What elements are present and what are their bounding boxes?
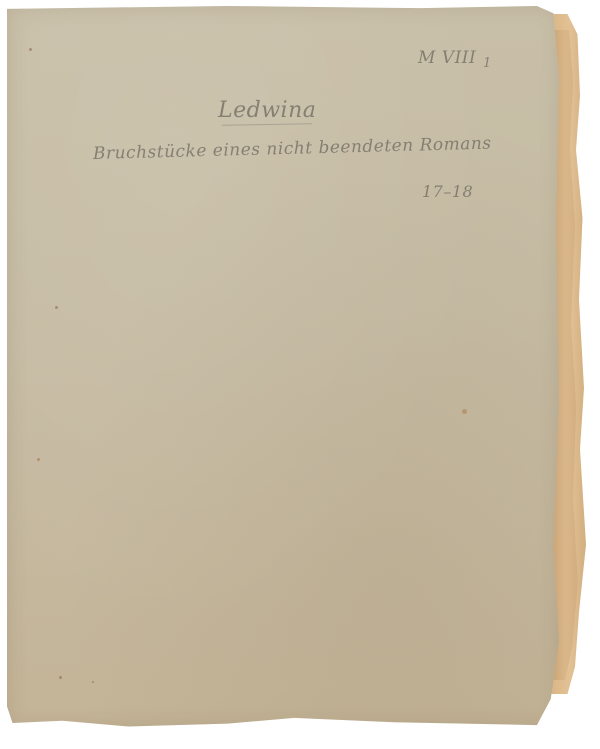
paper-speck xyxy=(37,458,40,461)
shelfmark-number: 1 xyxy=(483,56,492,71)
document-title: Ledwina xyxy=(218,98,316,123)
paper-speck xyxy=(92,681,94,683)
paper-speck xyxy=(55,306,58,309)
paper-speck xyxy=(29,48,32,51)
shelfmark: M VIII xyxy=(418,48,476,68)
paper-speck xyxy=(462,409,467,414)
paper-speck xyxy=(59,676,62,679)
folio-range: 17–18 xyxy=(422,182,473,201)
